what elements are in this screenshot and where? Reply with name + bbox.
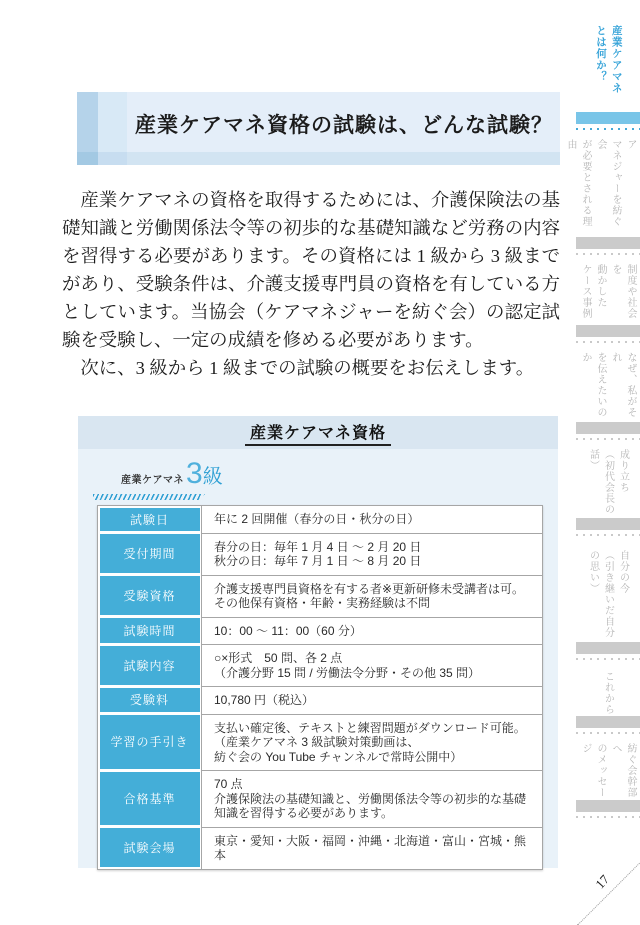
document-page: 産業ケアマネ とは何か？ いま、社会からケア マネジャーを紡ぐ会 が必要とされる… [0,0,640,925]
dotted-divider [576,128,640,130]
grade-hatch-underline [93,494,205,500]
sidebar-item-label: いま、社会からケア マネジャーを紡ぐ会 が必要とされる理由 [576,133,640,237]
sidebar-item-myself-now: 自分の今 （引き継いだ自分 の思い） [576,539,640,663]
row-label: 受験料 [100,688,200,713]
row-value: 春分の日：毎年 1 月 4 日 ～ 2 月 20 日 秋分の日：毎年 7 月 1… [201,533,542,575]
grade-prefix-label: 産業ケアマネ [121,475,184,486]
sidebar-item-label: 紡ぐ会幹部へ のメッセージ [576,737,640,800]
sidebar-bar [576,112,640,124]
dotted-divider [576,341,640,343]
table-row: 受験資格 介護支援専門員資格を有する者※更新研修未受講者は可。 その他保有資格・… [98,575,542,617]
dotted-divider [576,658,640,660]
sidebar-item-from-now-on: これから [576,663,640,737]
dotted-divider [576,534,640,536]
sidebar-item-label: 自分の今 （引き継いだ自分 の思い） [576,539,640,642]
sidebar-bar [576,716,640,728]
sidebar-item-history: 成り立ち （初代会長の話） [576,443,640,539]
row-label: 受付期間 [100,534,200,573]
row-value: 支払い確定後、テキストと練習問題がダウンロード可能。 （産業ケアマネ 3 級試験… [201,714,542,771]
row-label: 試験会場 [100,828,200,867]
intro-text: 産業ケアマネの資格を取得するためには、介護保険法の基礎知識と労働関係法令等の初歩… [62,186,560,382]
row-label: 受験資格 [100,576,200,615]
intro-paragraph-1: 産業ケアマネの資格を取得するためには、介護保険法の基礎知識と労働関係法令等の初歩… [62,186,560,354]
sidebar-item-why-needed: いま、社会からケア マネジャーを紡ぐ会 が必要とされる理由 [576,133,640,258]
sidebar-item-what-is-sangyo-caremane: 産業ケアマネ とは何か？ [576,0,640,133]
panel-header: 産業ケアマネ資格 [78,416,558,449]
dotted-divider [576,438,640,440]
row-value: 10：00 ～ 11：00（60 分） [201,617,542,645]
sidebar-item-label: 産業ケアマネ とは何か？ [576,0,640,112]
sidebar-item-label: 制度や社会を 動かした ケース事例 [576,258,640,325]
title-banner: 産業ケアマネ資格の試験は、どんな試験？ [77,92,560,165]
sidebar-item-label: なぜ、私がそれ を伝えたいのか [576,346,640,422]
sidebar-bar [576,237,640,249]
qualification-panel: 産業ケアマネ資格 産業ケアマネ3級 試験日 年に 2 回開催（春分の日・秋分の日… [78,416,558,868]
row-label: 合格基準 [100,772,200,826]
grade-number: 3 [186,457,203,490]
exam-table: 試験日 年に 2 回開催（春分の日・秋分の日） 受付期間 春分の日：毎年 1 月… [97,505,543,870]
table-row: 受付期間 春分の日：毎年 1 月 4 日 ～ 2 月 20 日 秋分の日：毎年 … [98,533,542,575]
sidebar-item-label: これから [576,663,640,716]
chapter-sidebar: 産業ケアマネ とは何か？ いま、社会からケア マネジャーを紡ぐ会 が必要とされる… [576,0,640,825]
sidebar-item-case-examples: 制度や社会を 動かした ケース事例 [576,258,640,346]
table-row: 試験会場 東京・愛知・大阪・福岡・沖縄・北海道・富山・宮城・熊本 [98,827,542,869]
sidebar-bar [576,422,640,434]
row-label: 学習の手引き [100,715,200,769]
table-row: 合格基準 70 点 介護保険法の基礎知識と、労働関係法令等の初歩的な基礎知識を習… [98,770,542,827]
row-value: ○×形式 50 問、各 2 点 （介護分野 15 問 / 労働法令分野・その他 … [201,644,542,686]
table-row: 試験時間 10：00 ～ 11：00（60 分） [98,617,542,645]
intro-paragraph-2: 次に、3 級から 1 級までの試験の概要をお伝えします。 [62,354,560,382]
grade-heading: 産業ケアマネ3級 [93,457,558,500]
table-row: 試験日 年に 2 回開催（春分の日・秋分の日） [98,506,542,533]
row-value: 年に 2 回開催（春分の日・秋分の日） [201,506,542,533]
table-row: 学習の手引き 支払い確定後、テキストと練習問題がダウンロード可能。 （産業ケアマ… [98,714,542,771]
banner-accent-dark [77,92,98,165]
page-number: 17 [592,872,613,892]
row-value: 介護支援専門員資格を有する者※更新研修未受講者は可。 その他保有資格・年齢・実務… [201,575,542,617]
row-value: 東京・愛知・大阪・福岡・沖縄・北海道・富山・宮城・熊本 [201,827,542,869]
row-value: 10,780 円（税込） [201,686,542,714]
sidebar-bar [576,642,640,654]
dotted-divider [576,253,640,255]
sidebar-item-label: 成り立ち （初代会長の話） [576,443,640,518]
table-row: 受験料 10,780 円（税込） [98,686,542,714]
dotted-divider [576,732,640,734]
row-label: 試験内容 [100,646,200,685]
row-value: 70 点 介護保険法の基礎知識と、労働関係法令等の初歩的な基礎知識を習得する必要… [201,770,542,827]
banner-accent-light [98,92,127,165]
row-label: 試験日 [100,508,200,532]
sidebar-bar [576,518,640,530]
table-row: 試験内容 ○×形式 50 問、各 2 点 （介護分野 15 問 / 労働法令分野… [98,644,542,686]
sidebar-item-why-i-tell: なぜ、私がそれ を伝えたいのか [576,346,640,443]
sidebar-item-message-to-executives: 紡ぐ会幹部へ のメッセージ [576,737,640,821]
banner-body: 産業ケアマネ資格の試験は、どんな試験？ [127,92,560,165]
sidebar-bar [576,800,640,812]
panel-title: 産業ケアマネ資格 [245,420,391,446]
page-title: 産業ケアマネ資格の試験は、どんな試験？ [135,109,553,139]
sidebar-bar [576,325,640,337]
grade-suffix: 級 [203,466,223,488]
row-label: 試験時間 [100,618,200,643]
dotted-divider [576,816,640,818]
